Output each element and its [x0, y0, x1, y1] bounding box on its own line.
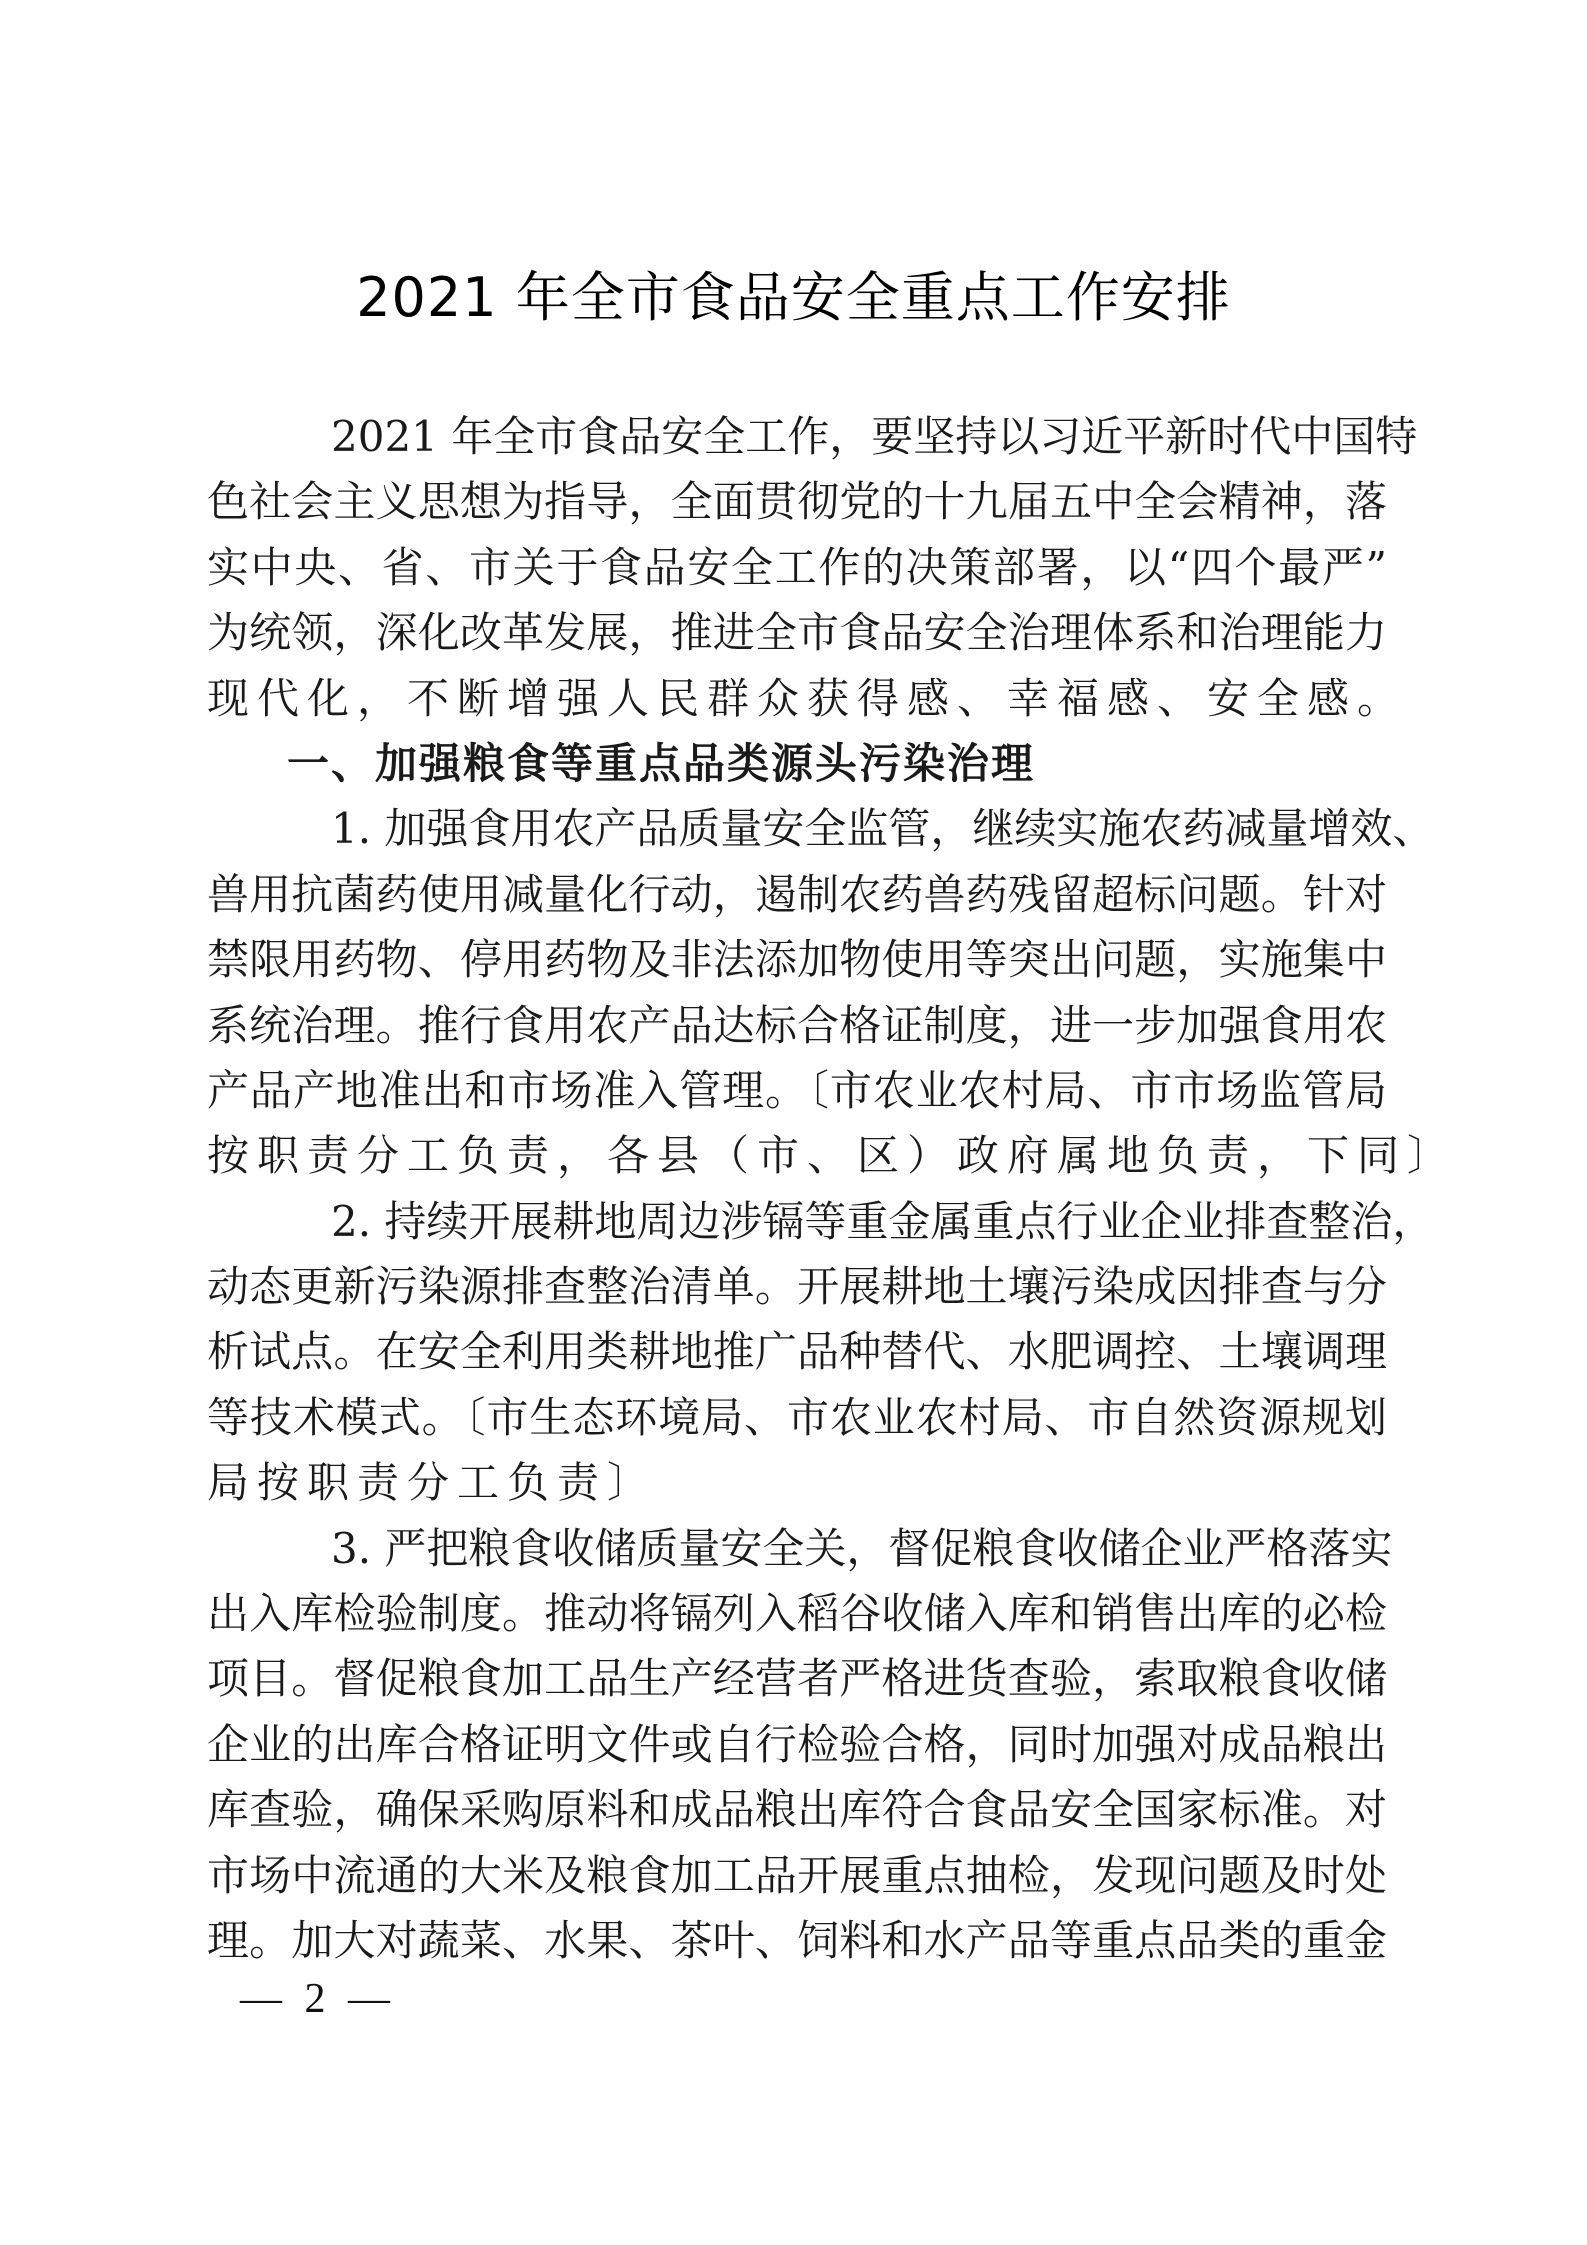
section-heading: 一、加强粮食等重点品类源头污染治理	[207, 731, 1387, 796]
item-1-line: 兽用抗菌药使用减量化行动，遏制农药兽药残留超标问题。针对	[207, 862, 1387, 927]
document-title: 2021 年全市食品安全重点工作安排	[0, 262, 1587, 334]
item-2-responsibility-line: 局按职责分工负责〕	[207, 1450, 1387, 1515]
intro-paragraph-line: 为统领，深化改革发展，推进全市食品安全治理体系和治理能力	[207, 600, 1387, 665]
item-3-line: 库查验，确保采购原料和成品粮出库符合食品安全国家标准。对	[207, 1777, 1387, 1842]
intro-paragraph-line: 实中央、省、市关于食品安全工作的决策部署，以“四个最严”	[207, 535, 1387, 600]
item-3-line: 理。加大对蔬菜、水果、茶叶、饲料和水产品等重点品类的重金	[207, 1908, 1387, 1973]
intro-paragraph-line: 色社会主义思想为指导，全面贯彻党的十九届五中全会精神，落	[207, 469, 1387, 534]
item-2-line: 2. 持续开展耕地周边涉镉等重金属重点行业企业排查整治，	[207, 1189, 1387, 1254]
item-3-line: 3. 严把粮食收储质量安全关，督促粮食收储企业严格落实	[207, 1516, 1387, 1581]
item-2-line: 动态更新污染源排查整治清单。开展耕地土壤污染成因排查与分	[207, 1254, 1387, 1319]
item-2-line: 等技术模式。〔市生态环境局、市农业农村局、市自然资源规划	[207, 1385, 1387, 1450]
document-body: 2021 年全市食品安全工作，要坚持以习近平新时代中国特 色社会主义思想为指导，…	[207, 404, 1387, 1973]
item-1-line: 产品产地准出和市场准入管理。〔市农业农村局、市市场监管局	[207, 1058, 1387, 1123]
item-1-line: 禁限用药物、停用药物及非法添加物使用等突出问题，实施集中	[207, 927, 1387, 992]
item-1-line: 系统治理。推行食用农产品达标合格证制度，进一步加强食用农	[207, 993, 1387, 1058]
item-3-line: 出入库检验制度。推动将镉列入稻谷收储入库和销售出库的必检	[207, 1581, 1387, 1646]
item-1-responsibility-line: 按职责分工负责，各县（市、区）政府属地负责，下同〕	[207, 1123, 1387, 1188]
item-3-line: 市场中流通的大米及粮食加工品开展重点抽检，发现问题及时处	[207, 1843, 1387, 1908]
page-number: — 2 —	[240, 1975, 396, 2023]
item-2-line: 析试点。在安全利用类耕地推广品种替代、水肥调控、土壤调理	[207, 1319, 1387, 1384]
item-3-line: 企业的出库合格证明文件或自行检验合格，同时加强对成品粮出	[207, 1712, 1387, 1777]
document-page: 2021 年全市食品安全重点工作安排 2021 年全市食品安全工作，要坚持以习近…	[0, 0, 1587, 2245]
intro-paragraph-line: 2021 年全市食品安全工作，要坚持以习近平新时代中国特	[207, 404, 1387, 469]
item-1-line: 1. 加强食用农产品质量安全监管，继续实施农药减量增效、	[207, 796, 1387, 861]
item-3-line: 项目。督促粮食加工品生产经营者严格进货查验，索取粮食收储	[207, 1646, 1387, 1711]
intro-paragraph-line: 现代化，不断增强人民群众获得感、幸福感、安全感。	[207, 666, 1387, 731]
